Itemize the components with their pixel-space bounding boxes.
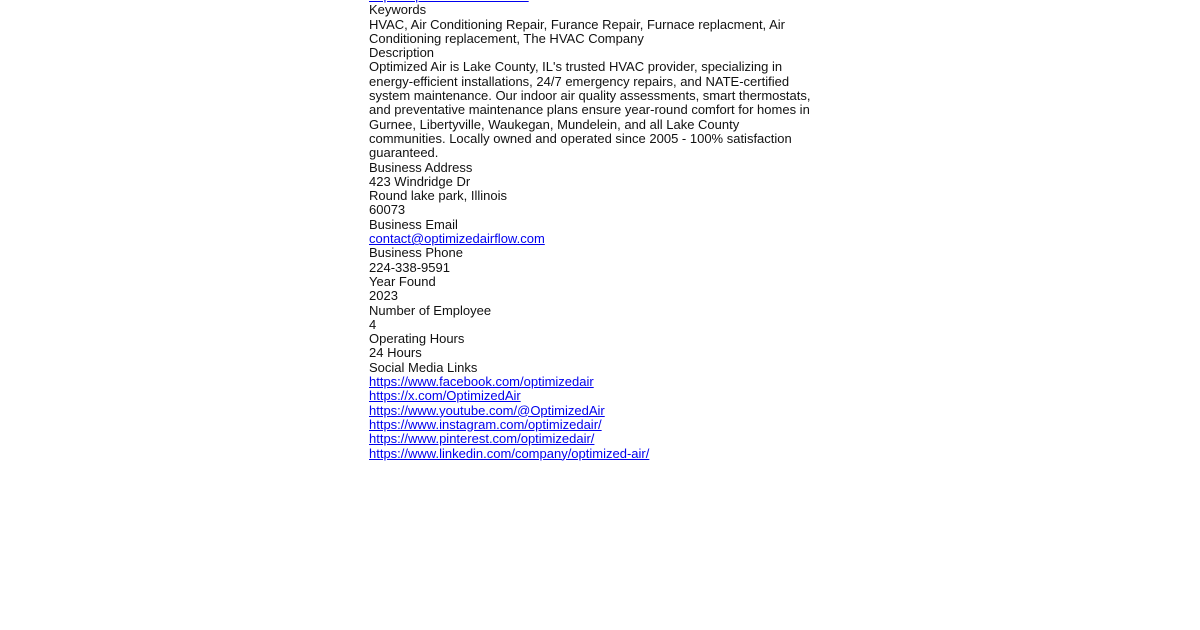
social-link-instagram[interactable]: https://www.instagram.com/optimizedair/ (369, 418, 815, 432)
address-street: 423 Windridge Dr (369, 175, 815, 189)
email-label: Business Email (369, 218, 815, 232)
email-link[interactable]: contact@optimizedairflow.com (369, 232, 815, 246)
description-label: Description (369, 46, 815, 60)
employees-value: 4 (369, 318, 815, 332)
social-link-x[interactable]: https://x.com/OptimizedAir (369, 389, 815, 403)
social-link-pinterest[interactable]: https://www.pinterest.com/optimizedair/ (369, 432, 815, 446)
year-found-label: Year Found (369, 275, 815, 289)
address-label: Business Address (369, 161, 815, 175)
keywords-label: Keywords (369, 3, 815, 17)
social-link-youtube[interactable]: https://www.youtube.com/@OptimizedAir (369, 404, 815, 418)
phone-label: Business Phone (369, 246, 815, 260)
description-value: Optimized Air is Lake County, IL's trust… (369, 60, 815, 160)
address-city-state: Round lake park, Illinois (369, 189, 815, 203)
social-link-facebook[interactable]: https://www.facebook.com/optimizedair (369, 375, 815, 389)
year-found-value: 2023 (369, 289, 815, 303)
phone-value: 224-338-9591 (369, 261, 815, 275)
business-listing: https://optimizedairflow.com Keywords HV… (369, 0, 815, 461)
keywords-value: HVAC, Air Conditioning Repair, Furance R… (369, 18, 815, 47)
address-zip: 60073 (369, 203, 815, 217)
hours-label: Operating Hours (369, 332, 815, 346)
hours-value: 24 Hours (369, 346, 815, 360)
employees-label: Number of Employee (369, 304, 815, 318)
social-label: Social Media Links (369, 361, 815, 375)
social-link-linkedin[interactable]: https://www.linkedin.com/company/optimiz… (369, 447, 815, 461)
